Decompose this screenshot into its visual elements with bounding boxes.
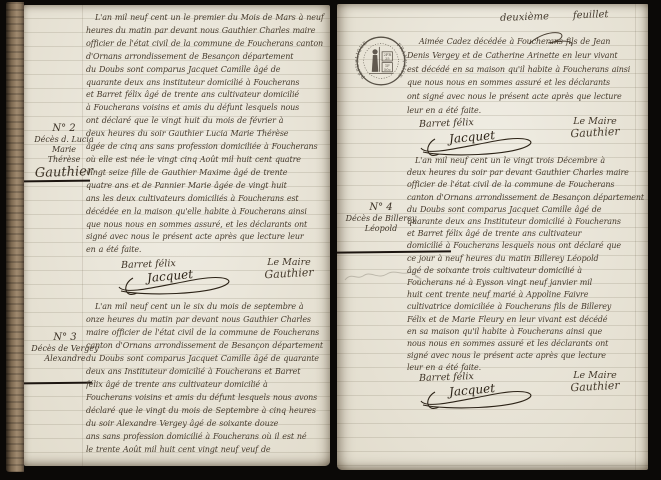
act-3-end-body-text: Aimée Cadez décédée à Foucherans fils de… (407, 35, 645, 121)
act-2-body-text: L'an mil neuf cent un le premier du Mois… (86, 12, 329, 259)
act-2-signatures: Barret félix Jacquet Le Maire Gauthier (99, 257, 331, 301)
act-4-body-text: L'an mil neuf cent un le vingt trois Déc… (407, 155, 645, 377)
act-4-signatures: Barret félix Jacquet Le Maire Gauthier (399, 370, 641, 416)
mayor-signature: Le Maire Gauthier (251, 257, 327, 280)
act-separator-rule (24, 180, 90, 183)
folio-word: deuxième (500, 11, 549, 24)
mayor-signature: Le Maire Gauthier (557, 370, 633, 393)
revenue-stamp: RÉPUBLIQUE FRANÇAISE 2FR 25 1F 50c (355, 35, 407, 87)
folio-word: feuillet (573, 9, 609, 21)
margin-crease (82, 5, 83, 466)
folio-annotation: deuxième feuillet (500, 9, 609, 24)
act-3-body-text: L'an mil neuf cent un le six du mois de … (86, 300, 329, 460)
mayor-name: Gauthier (557, 379, 634, 395)
secretary-signature: Jacquet (113, 265, 239, 299)
secretary-signature: Jacquet (415, 379, 541, 413)
stamp-value: 25 (385, 57, 390, 61)
right-page: deuxième feuillet RÉPUBLIQUE FRANÇAISE (337, 4, 648, 470)
mayor-signature: Le Maire Gauthier (557, 116, 633, 139)
left-page: N° 2 Décès d. Lucia Marie Thérèse Gauthi… (24, 5, 330, 466)
mayor-name: Gauthier (251, 266, 328, 282)
stamp-value: 50c (384, 68, 391, 72)
book-spine-edge (6, 2, 24, 472)
register-scan: N° 2 Décès d. Lucia Marie Thérèse Gauthi… (0, 0, 661, 480)
mayor-name: Gauthier (557, 125, 634, 141)
